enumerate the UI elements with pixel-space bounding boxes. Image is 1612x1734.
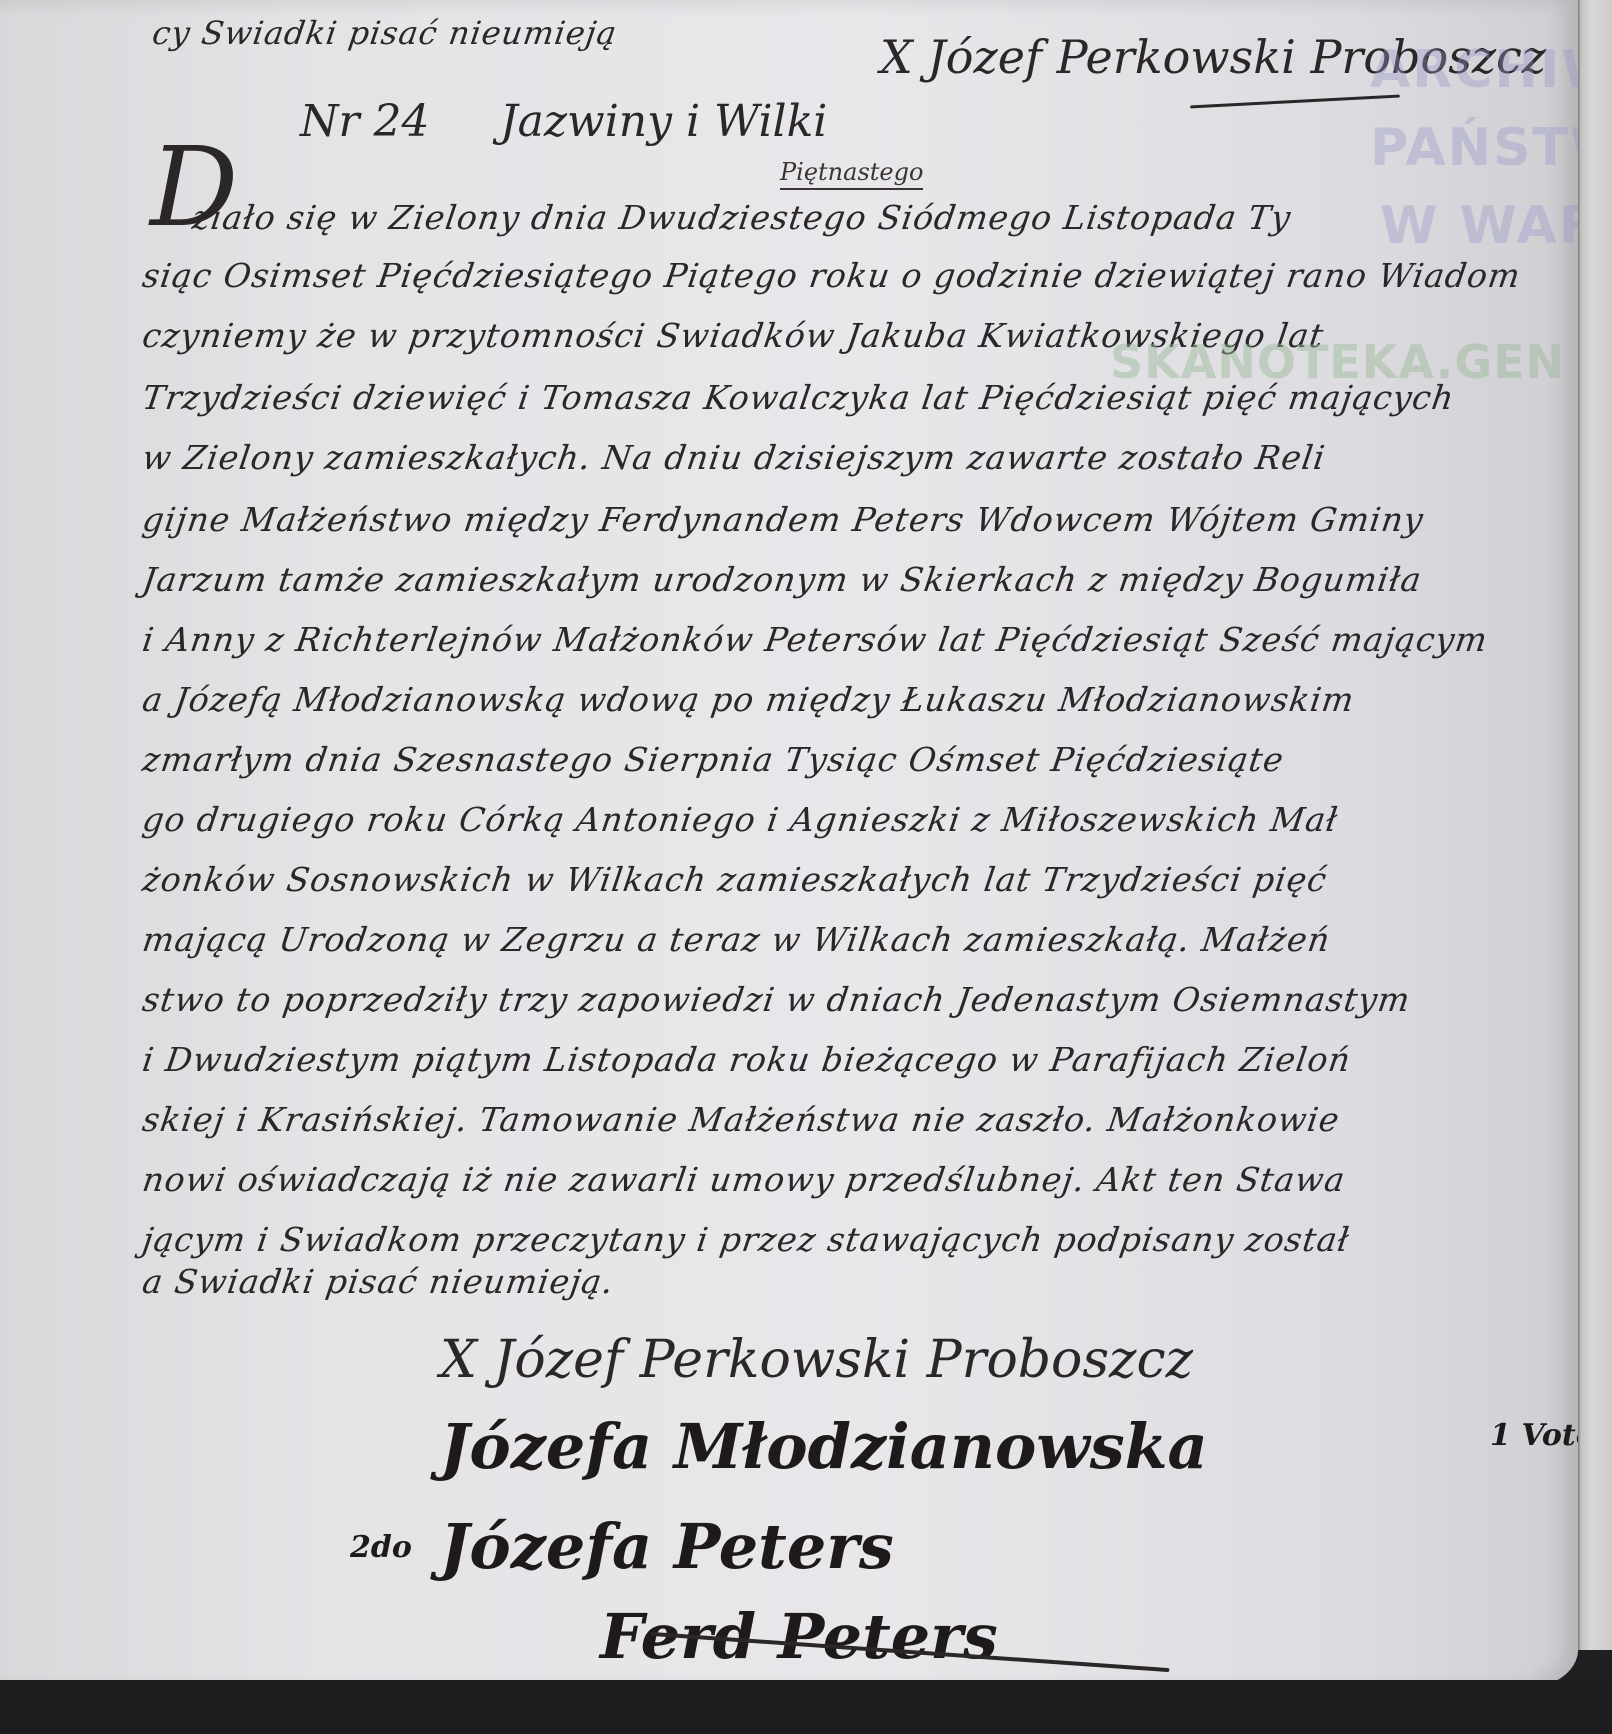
scan-background (0, 1680, 1612, 1734)
body-line: a Swiadki pisać nieumieją. (140, 1262, 1543, 1301)
body-line: Jarzum tamże zamieszkałym urodzonym w Sk… (140, 560, 1543, 599)
body-line: skiej i Krasińskiej. Tamowanie Małżeństw… (140, 1100, 1543, 1139)
bride-new-name-prefix: 2do (350, 1530, 412, 1565)
bride-new-name-signature: Józefa Peters (440, 1510, 894, 1583)
body-line: Trzydzieści dziewięć i Tomasza Kowalczyk… (140, 378, 1543, 417)
signature-flourish (1190, 95, 1400, 109)
body-line: siąc Osimset Pięćdziesiątego Piątego rok… (140, 256, 1543, 295)
previous-entry-priest-signature: X Józef Perkowski Proboszcz (880, 30, 1546, 84)
body-line: go drugiego roku Córką Antoniego i Agnie… (140, 800, 1543, 839)
body-line: jącym i Swiadkom przeczytany i przez sta… (140, 1220, 1543, 1259)
body-line: gijne Małżeństwo między Ferdynandem Pete… (140, 500, 1543, 539)
bride-signature: Józefa Młodzianowska (440, 1410, 1208, 1483)
entry-title-villages: Jazwiny i Wilki (500, 96, 827, 147)
body-line: ziało się w Zielony dnia Dwudziestego Si… (190, 198, 1543, 237)
archive-watermark-line-2: PAŃSTW (1370, 118, 1612, 178)
body-line: i Dwudziestym piątym Listopada roku bież… (140, 1040, 1543, 1079)
body-line: stwo to poprzedziły trzy zapowiedzi w dn… (140, 980, 1543, 1019)
body-line: a Józefą Młodzianowską wdową po między Ł… (140, 680, 1543, 719)
adjacent-page-edge (1578, 0, 1612, 1650)
body-line: żonków Sosnowskich w Wilkach zamieszkały… (140, 860, 1543, 899)
priest-signature: X Józef Perkowski Proboszcz (440, 1330, 1193, 1390)
entry-number: Nr 24 (300, 96, 430, 147)
paper-sheet: cy Swiadki pisać nieumieją X Józef Perko… (0, 0, 1578, 1690)
body-line: czyniemy że w przytomności Swiadków Jaku… (140, 316, 1543, 355)
body-line: i Anny z Richterlejnów Małżonków Petersó… (140, 620, 1543, 659)
body-line: mającą Urodzoną w Zegrzu a teraz w Wilka… (140, 920, 1543, 959)
body-line: nowi oświadczają iż nie zawarli umowy pr… (140, 1160, 1543, 1199)
body-line: zmarłym dnia Szesnastego Sierpnia Tysiąc… (140, 740, 1543, 779)
inserted-word-above-line: Piętnastego (780, 158, 923, 190)
scanned-register-page: cy Swiadki pisać nieumieją X Józef Perko… (0, 0, 1612, 1734)
body-line: w Zielony zamieszkałych. Na dniu dzisiej… (140, 438, 1543, 477)
